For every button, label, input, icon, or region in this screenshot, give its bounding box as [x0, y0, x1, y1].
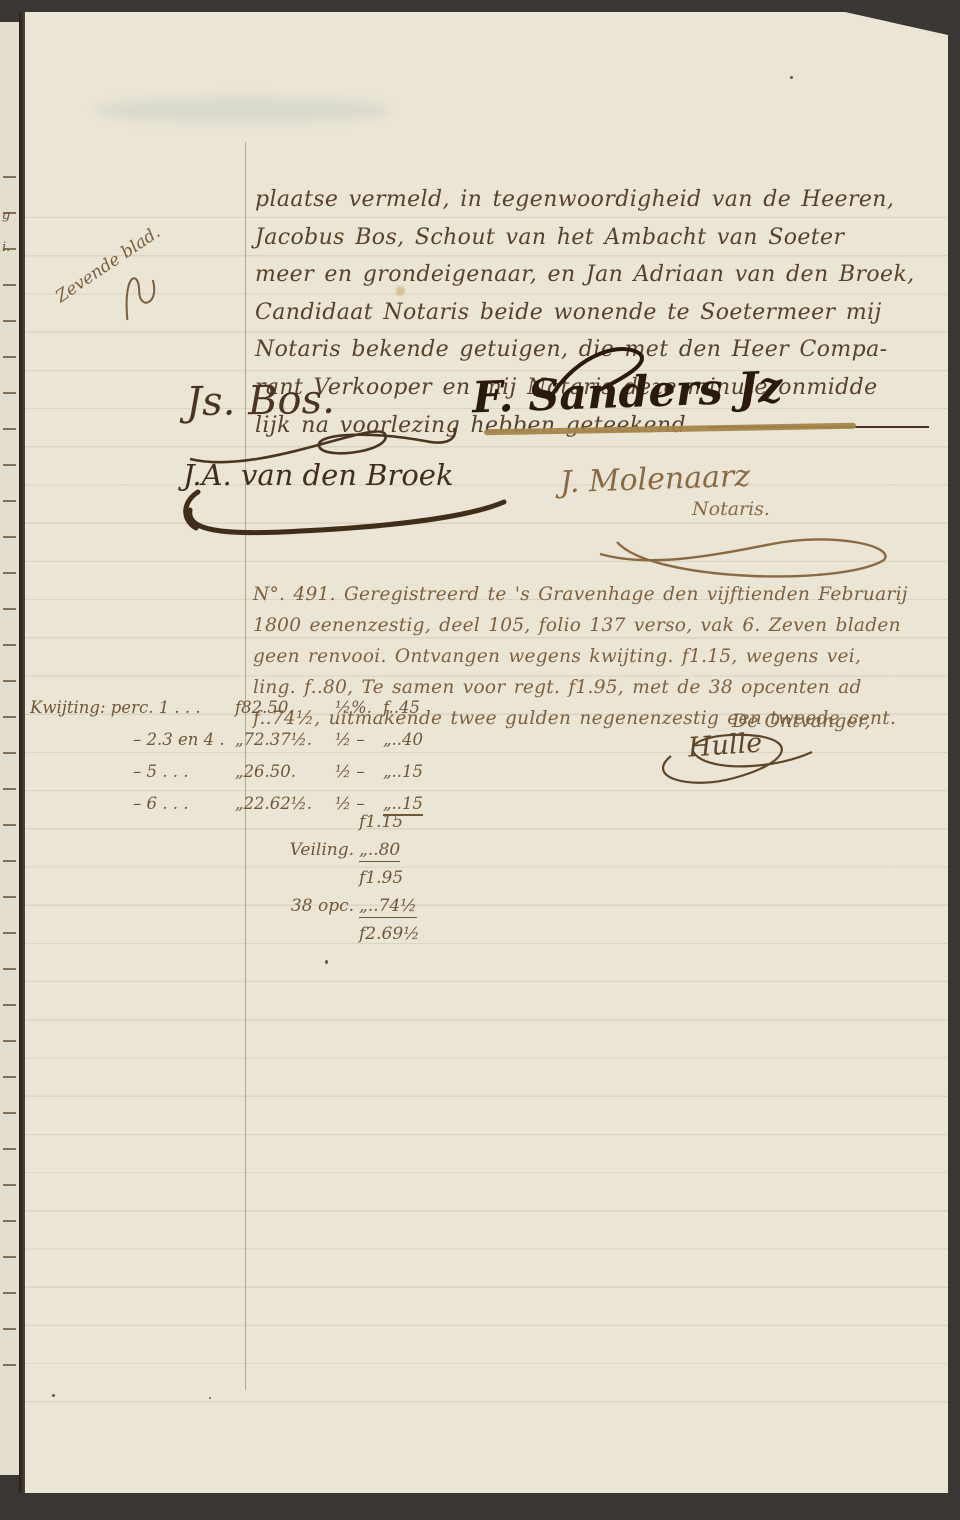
ink-speck: [52, 1394, 55, 1397]
signature-vandenbroek: J.A. van den Broek: [183, 458, 454, 492]
fee-row-fee: f..45: [383, 698, 458, 717]
edge-text-fragment: g: [2, 208, 10, 223]
ink-speck: [325, 960, 328, 964]
fee-row-label: – 2.3 en 4 .: [30, 730, 235, 749]
previous-page-edge: g i.: [0, 22, 20, 1475]
fee-row-fee: „..15: [383, 794, 458, 813]
fee-row-amount: „26.50.: [235, 762, 335, 781]
signature-molenaar: J. Molenaarz: [559, 459, 750, 501]
fee-total-value: „..80: [359, 840, 454, 868]
fee-total-label: Veiling.: [281, 840, 359, 868]
registration-line: N°. 491. Geregistreerd te 's Gravenhage …: [253, 579, 913, 610]
fee-row-rate: ½ –: [335, 730, 383, 749]
fee-total-label: [281, 868, 359, 896]
fee-row-label: Kwijting: perc. 1 . . .: [30, 698, 235, 717]
fee-calculation-table: Kwijting: perc. 1 . . . f82.50. ½%. f..4…: [30, 698, 480, 826]
fee-total-value: f1.95: [359, 868, 454, 896]
registration-line: geen renvooi. Ontvangen wegens kwijting.…: [253, 641, 913, 672]
fee-total-label: [281, 812, 359, 840]
fee-row-amount: „22.62½.: [235, 794, 335, 813]
fee-row-fee: „..15: [383, 762, 458, 781]
fee-row: Kwijting: perc. 1 . . . f82.50. ½%. f..4…: [30, 698, 480, 730]
fee-row-rate: ½ –: [335, 794, 383, 813]
fee-totals-column: f1.15 Veiling. „..80 f1.95 38 opc. „..74…: [281, 812, 481, 952]
fee-row-rate: ½%.: [335, 698, 383, 717]
fee-row-amount: f82.50.: [235, 698, 335, 717]
fee-total-row: 38 opc. „..74½: [281, 896, 481, 924]
fee-total-label: 38 opc.: [281, 896, 359, 924]
deed-line: plaatse vermeld, in tegenwoordigheid van…: [255, 181, 937, 219]
deed-line: Candidaat Notaris beide wonende te Soete…: [255, 294, 937, 332]
fee-total-row: f1.95: [281, 868, 481, 896]
registration-line: 1800 eenenzestig, deel 105, folio 137 ve…: [253, 610, 913, 641]
fee-row-label: – 5 . . .: [30, 762, 235, 781]
fee-total-row: f1.15: [281, 812, 481, 840]
fee-row-amount: „72.37½.: [235, 730, 335, 749]
fee-total-label: [281, 924, 359, 952]
ink-bleedthrough: [95, 98, 390, 122]
receiver-signature-flourish: [636, 722, 821, 794]
deed-line: meer en grondeigenaar, en Jan Adriaan va…: [255, 256, 937, 294]
fee-row-rate: ½ –: [335, 762, 383, 781]
fee-row: – 5 . . . „26.50. ½ – „..15: [30, 762, 480, 794]
fee-row: – 2.3 en 4 . „72.37½. ½ – „..40: [30, 730, 480, 762]
fee-row-label: – 6 . . .: [30, 794, 235, 813]
edge-text-fragment: i.: [2, 240, 10, 255]
fee-total-value: f2.69½: [359, 924, 454, 952]
pinhole-speck: [790, 76, 793, 79]
fee-row-fee: „..40: [383, 730, 458, 749]
signature-sanders-flourish: [540, 340, 660, 400]
signature-molenaar-flourish: [592, 514, 902, 589]
deed-line: Jacobus Bos, Schout van het Ambacht van …: [255, 219, 937, 257]
fee-total-value: f1.15: [359, 812, 454, 840]
fee-total-row: Veiling. „..80: [281, 840, 481, 868]
line-end-dashes: [3, 142, 16, 1382]
signature-vandenbroek-flourish: [176, 488, 511, 538]
fee-total-value: „..74½: [359, 896, 454, 924]
fee-total-row: f2.69½: [281, 924, 481, 952]
ink-speck: [209, 1397, 211, 1399]
